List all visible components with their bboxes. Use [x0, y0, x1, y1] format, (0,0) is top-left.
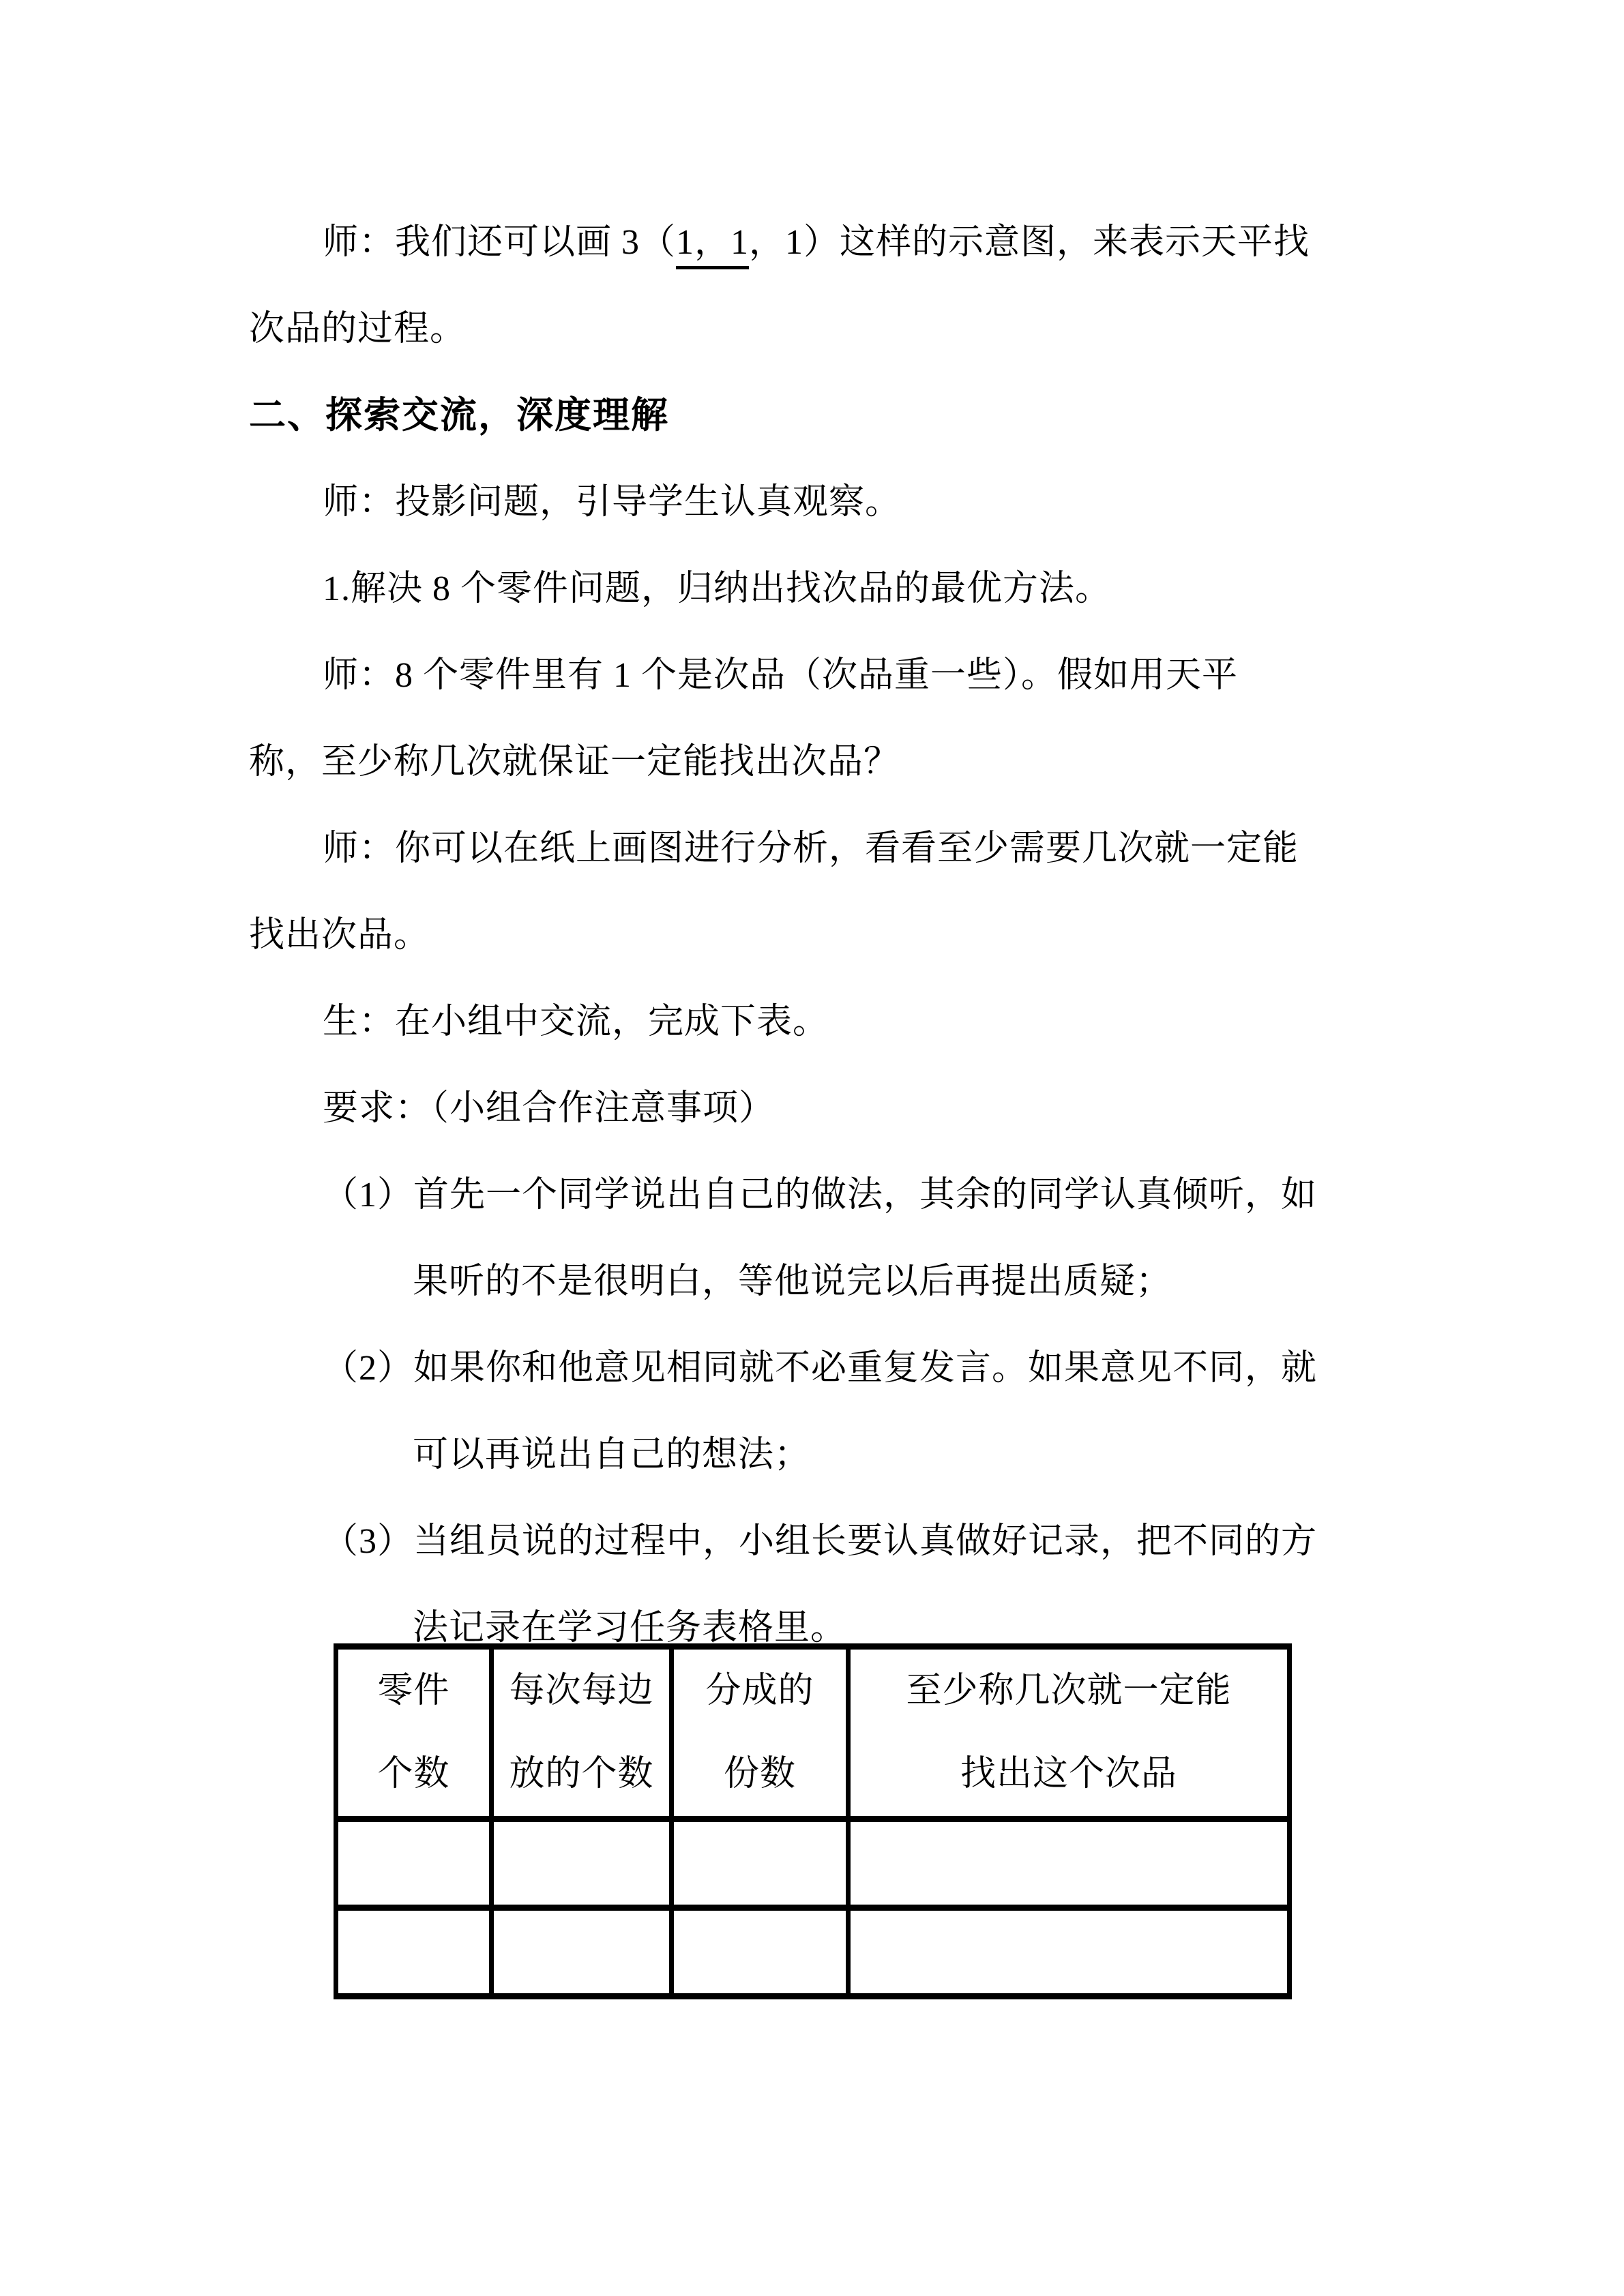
header-cell-line: 每次每边 — [494, 1650, 669, 1733]
empty-cell — [672, 1819, 848, 1908]
list-item-line: （3）当组员说的过程中，小组长要认真做好记录，把不同的方 — [249, 1498, 1408, 1585]
header-cell-parts-count: 零件 个数 — [336, 1647, 492, 1819]
text-line: 师：8 个零件里有 1 个是次品（次品重一些）。假如用天平 — [249, 632, 1408, 719]
empty-cell — [336, 1908, 492, 1997]
section-heading: 二、探索交流，深度理解 — [249, 372, 1408, 459]
header-cell-line: 至少称几次就一定能 — [851, 1650, 1287, 1733]
text-line: 师：你可以在纸上画图进行分析，看看至少需要几次就一定能 — [249, 805, 1408, 892]
header-cell-min-weighings: 至少称几次就一定能 找出这个次品 — [848, 1647, 1290, 1819]
underlined-text: 1，1 — [676, 223, 749, 269]
document-page: 师：我们还可以画 3（1，1，1）这样的示意图，来表示天平找 次品的过程。 二、… — [0, 0, 1624, 2296]
empty-cell — [848, 1819, 1290, 1908]
empty-cell — [336, 1819, 492, 1908]
header-cell-per-side-count: 每次每边 放的个数 — [492, 1647, 672, 1819]
empty-cell — [848, 1908, 1290, 1997]
header-cell-line: 份数 — [674, 1733, 846, 1816]
empty-cell — [492, 1819, 672, 1908]
header-cell-line: 分成的 — [674, 1650, 846, 1733]
text-line: 要求：（小组合作注意事项） — [249, 1065, 1408, 1152]
list-item-line: （1）首先一个同学说出自己的做法，其余的同学认真倾听，如 — [249, 1152, 1408, 1238]
header-cell-line: 零件 — [338, 1650, 489, 1733]
empty-cell — [672, 1908, 848, 1997]
table-row — [336, 1908, 1290, 1997]
text-line: 师：我们还可以画 3（1，1，1）这样的示意图，来表示天平找 — [249, 199, 1408, 286]
header-cell-line: 个数 — [338, 1733, 489, 1816]
header-cell-line: 找出这个次品 — [851, 1733, 1287, 1816]
table-row — [336, 1819, 1290, 1908]
empty-cell — [492, 1908, 672, 1997]
text-segment: ，1）这样的示意图，来表示天平找 — [749, 223, 1310, 262]
list-item-line: （2）如果你和他意见相同就不必重复发言。如果意见不同，就 — [249, 1325, 1408, 1412]
list-item-line: 可以再说出自己的想法； — [249, 1412, 1408, 1498]
text-line: 找出次品。 — [249, 892, 1408, 979]
text-line: 称，至少称几次就保证一定能找出次品？ — [249, 719, 1408, 805]
text-line: 1.解决 8 个零件问题，归纳出找次品的最优方法。 — [249, 546, 1408, 632]
text-line: 生：在小组中交流，完成下表。 — [249, 979, 1408, 1065]
text-line: 次品的过程。 — [249, 286, 1408, 372]
list-item-line: 果听的不是很明白，等他说完以后再提出质疑； — [249, 1238, 1408, 1325]
document-body: 师：我们还可以画 3（1，1，1）这样的示意图，来表示天平找 次品的过程。 二、… — [249, 199, 1408, 1671]
text-segment: 师：我们还可以画 3（ — [323, 223, 676, 262]
header-cell-group-count: 分成的 份数 — [672, 1647, 848, 1819]
task-table: 零件 个数 每次每边 放的个数 分成的 份数 至少称几次就一定能 找出这个次品 — [334, 1643, 1292, 1999]
table-header-row: 零件 个数 每次每边 放的个数 分成的 份数 至少称几次就一定能 找出这个次品 — [336, 1647, 1290, 1819]
header-cell-line: 放的个数 — [494, 1733, 669, 1816]
text-line: 师：投影问题，引导学生认真观察。 — [249, 459, 1408, 546]
